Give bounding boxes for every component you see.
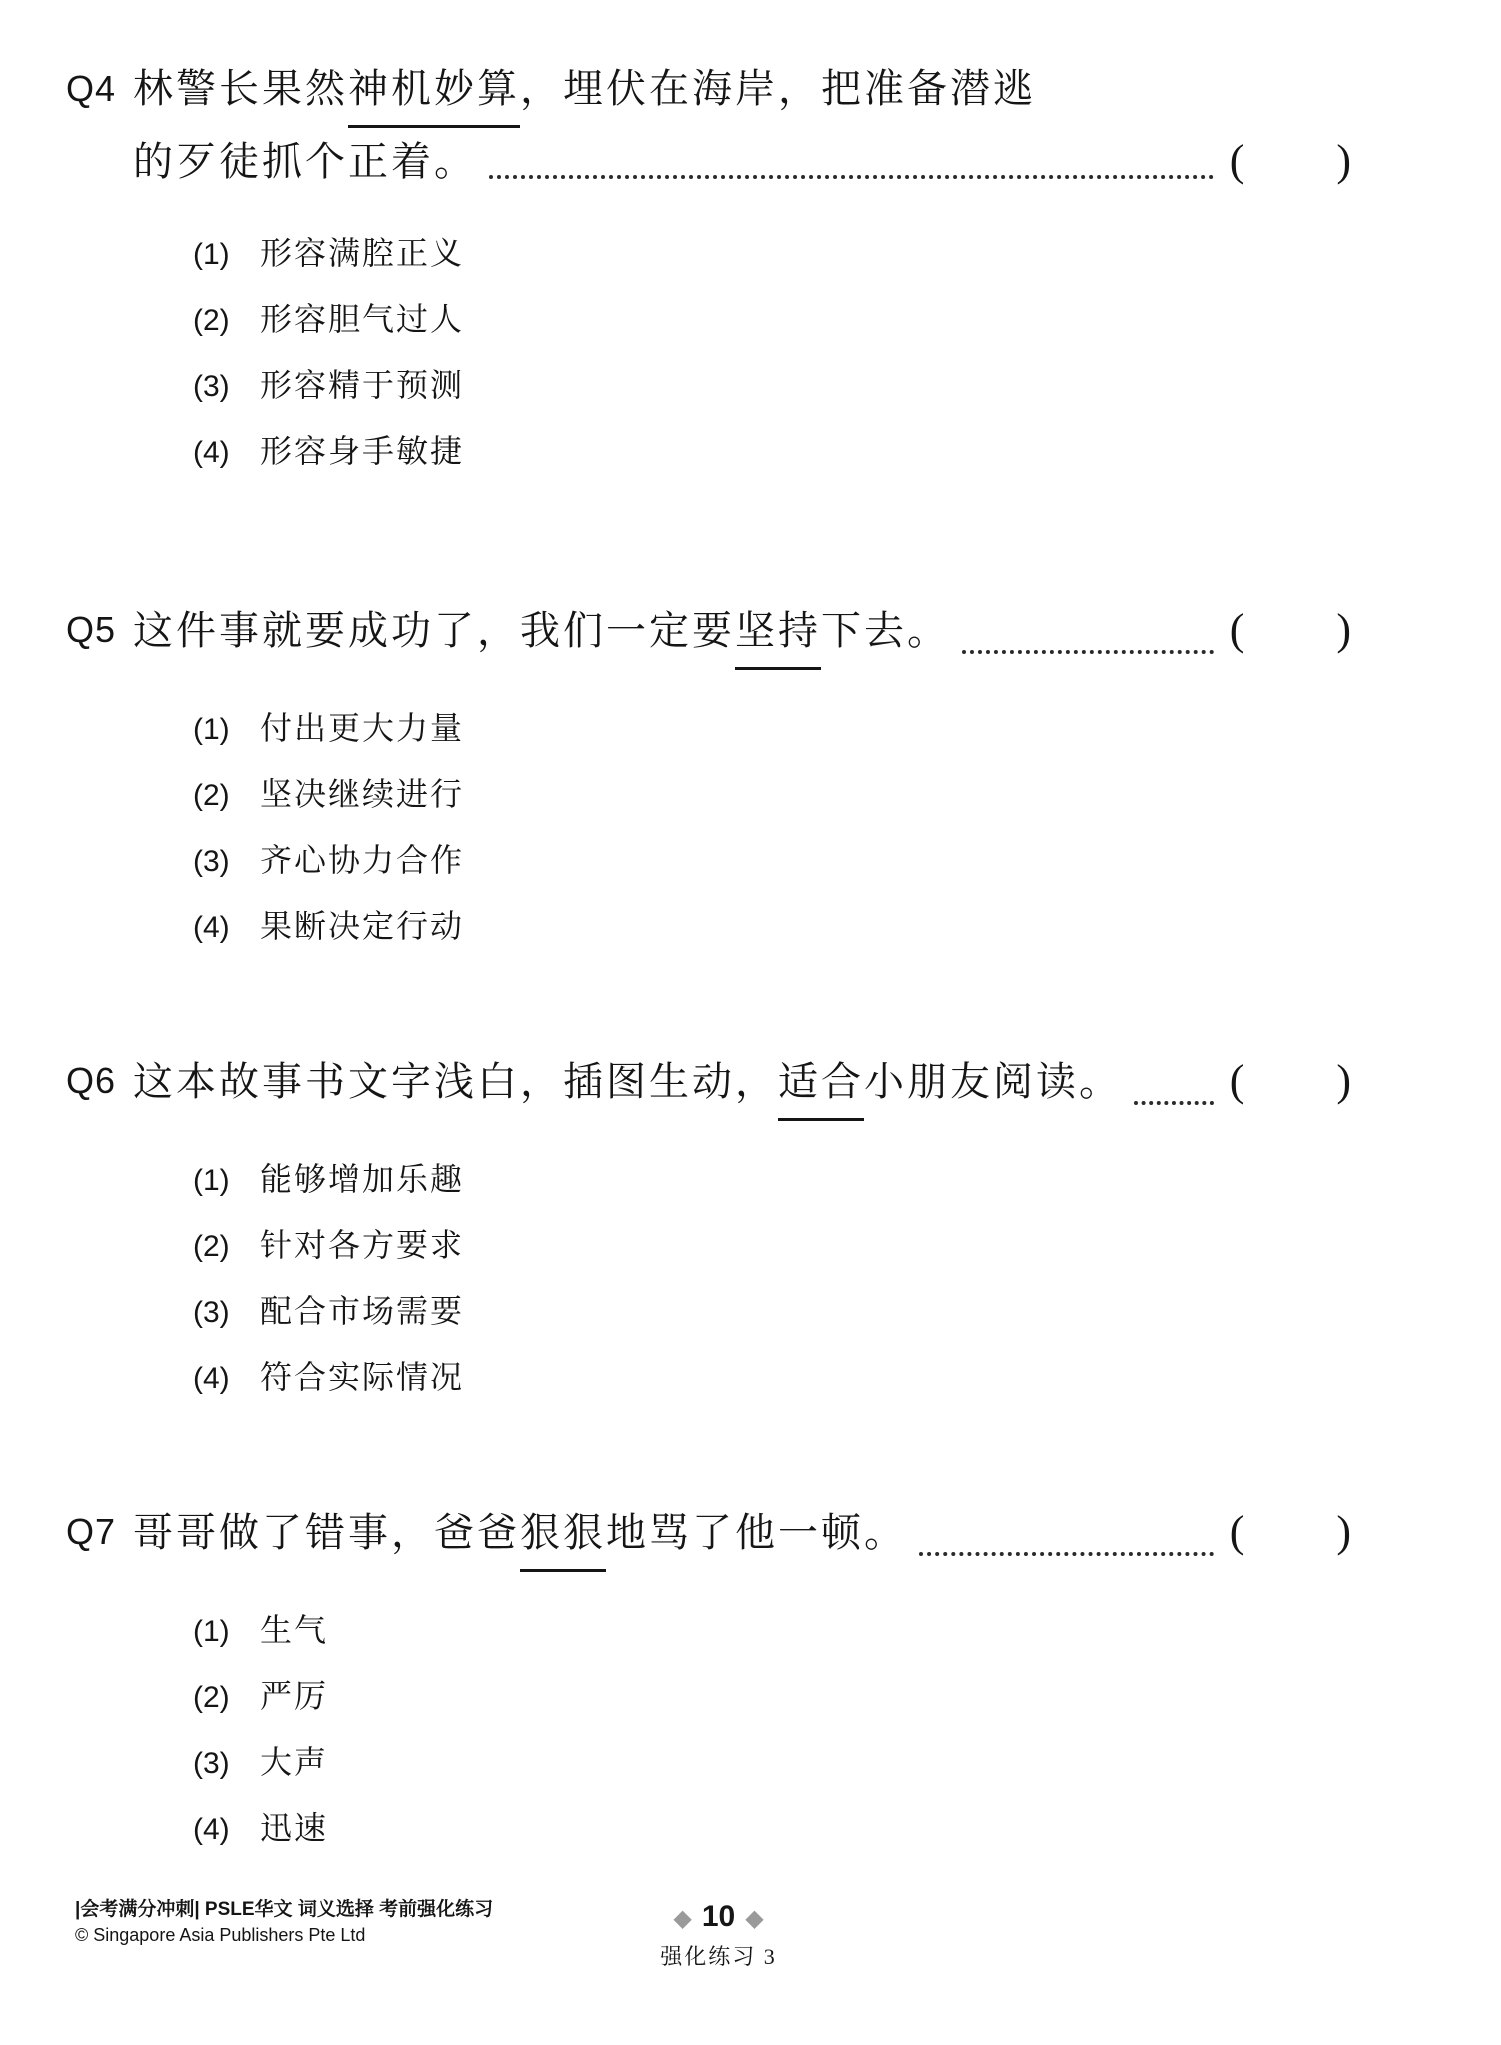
close-paren: ) xyxy=(1336,1048,1351,1114)
option-row: (4) 迅速 xyxy=(193,1796,1351,1862)
question-label: Q6 xyxy=(66,1048,133,1411)
sentence-text: 的歹徒抓个正着。 xyxy=(133,129,477,195)
option-number: (3) xyxy=(193,830,260,894)
option-row: (2) 形容胆气过人 xyxy=(193,287,1351,353)
option-text: 配合市场需要 xyxy=(260,1279,464,1343)
dot-leader xyxy=(962,650,1214,654)
diamond-icon: ◆ xyxy=(673,1905,691,1932)
option-number: (4) xyxy=(193,1798,260,1862)
close-paren: ) xyxy=(1336,597,1351,663)
dot-leader xyxy=(1134,1101,1214,1105)
underlined-term: 适合 xyxy=(778,1049,864,1121)
close-paren: ) xyxy=(1336,1499,1351,1565)
option-text: 生气 xyxy=(260,1598,328,1662)
question-sentence-line1: 林警长果然神机妙算，埋伏在海岸，把准备潜逃 xyxy=(133,56,1351,128)
sentence-text: ，埋伏在海岸，把准备潜逃 xyxy=(520,56,1036,122)
underlined-term: 神机妙算 xyxy=(348,56,520,128)
option-row: (1) 付出更大力量 xyxy=(193,696,1351,762)
open-paren: ( xyxy=(1230,1048,1245,1114)
option-text: 针对各方要求 xyxy=(260,1213,464,1277)
open-paren: ( xyxy=(1230,1499,1245,1565)
option-number: (1) xyxy=(193,1600,260,1664)
question-body: 这本故事书文字浅白，插图生动，适合小朋友阅读。 () (1) 能够增加乐趣 (2… xyxy=(133,1048,1351,1411)
question-label: Q5 xyxy=(66,597,133,960)
options-list: (1) 生气 (2) 严厉 (3) 大声 (4) 迅速 xyxy=(133,1598,1351,1862)
option-text: 形容满腔正义 xyxy=(260,221,464,285)
option-text: 形容精于预测 xyxy=(260,353,464,417)
option-number: (1) xyxy=(193,698,260,762)
option-number: (1) xyxy=(193,223,260,287)
options-list: (1) 能够增加乐趣 (2) 针对各方要求 (3) 配合市场需要 (4) 符合实… xyxy=(133,1147,1351,1411)
option-text: 能够增加乐趣 xyxy=(260,1147,464,1211)
question-q5: Q5 这件事就要成功了，我们一定要坚持下去。 () (1) 付出更大力量 (2)… xyxy=(66,597,1351,960)
option-row: (2) 针对各方要求 xyxy=(193,1213,1351,1279)
question-label: Q4 xyxy=(66,56,133,485)
option-number: (2) xyxy=(193,764,260,828)
option-number: (1) xyxy=(193,1149,260,1213)
answer-blank: () xyxy=(1230,1499,1351,1565)
option-number: (3) xyxy=(193,1281,260,1345)
option-row: (3) 配合市场需要 xyxy=(193,1279,1351,1345)
section-label: 强化练习 3 xyxy=(0,1940,1437,1971)
question-q6: Q6 这本故事书文字浅白，插图生动，适合小朋友阅读。 () (1) 能够增加乐趣… xyxy=(66,1048,1351,1411)
option-row: (4) 形容身手敏捷 xyxy=(193,419,1351,485)
answer-blank: () xyxy=(1230,128,1351,194)
diamond-icon: ◆ xyxy=(745,1905,763,1932)
option-row: (3) 形容精于预测 xyxy=(193,353,1351,419)
option-text: 果断决定行动 xyxy=(260,894,464,958)
option-row: (2) 坚决继续进行 xyxy=(193,762,1351,828)
open-paren: ( xyxy=(1230,597,1245,663)
question-sentence-line1: 这本故事书文字浅白，插图生动，适合小朋友阅读。 () xyxy=(133,1048,1351,1121)
option-row: (2) 严厉 xyxy=(193,1664,1351,1730)
option-number: (2) xyxy=(193,1215,260,1279)
options-list: (1) 形容满腔正义 (2) 形容胆气过人 (3) 形容精于预测 (4) 形容身… xyxy=(133,221,1351,485)
option-text: 付出更大力量 xyxy=(260,696,464,760)
close-paren: ) xyxy=(1336,128,1351,194)
sentence-text: 这本故事书文字浅白，插图生动， xyxy=(133,1049,778,1115)
option-row: (4) 果断决定行动 xyxy=(193,894,1351,960)
question-q7: Q7 哥哥做了错事，爸爸狠狠地骂了他一顿。 () (1) 生气 (2) 严厉 (… xyxy=(66,1499,1351,1862)
option-number: (3) xyxy=(193,355,260,419)
option-row: (1) 形容满腔正义 xyxy=(193,221,1351,287)
question-label: Q7 xyxy=(66,1499,133,1862)
answer-blank: () xyxy=(1230,597,1351,663)
option-number: (4) xyxy=(193,1347,260,1411)
open-paren: ( xyxy=(1230,128,1245,194)
sentence-text: 地骂了他一顿。 xyxy=(606,1500,907,1566)
option-number: (4) xyxy=(193,896,260,960)
options-list: (1) 付出更大力量 (2) 坚决继续进行 (3) 齐心协力合作 (4) 果断决… xyxy=(133,696,1351,960)
option-text: 形容身手敏捷 xyxy=(260,419,464,483)
option-number: (4) xyxy=(193,421,260,485)
option-row: (4) 符合实际情况 xyxy=(193,1345,1351,1411)
question-q4: Q4 林警长果然神机妙算，埋伏在海岸，把准备潜逃 的歹徒抓个正着。 () (1)… xyxy=(66,56,1351,485)
sentence-text: 林警长果然 xyxy=(133,56,348,122)
option-row: (1) 生气 xyxy=(193,1598,1351,1664)
worksheet-page: Q4 林警长果然神机妙算，埋伏在海岸，把准备潜逃 的歹徒抓个正着。 () (1)… xyxy=(0,0,1501,1862)
sentence-text: 这件事就要成功了，我们一定要 xyxy=(133,598,735,664)
option-row: (3) 大声 xyxy=(193,1730,1351,1796)
underlined-term: 狠狠 xyxy=(520,1500,606,1572)
option-number: (2) xyxy=(193,1666,260,1730)
sentence-text: 小朋友阅读。 xyxy=(864,1049,1122,1115)
page-number-row: ◆10◆ xyxy=(0,1902,1437,1934)
question-sentence-line1: 哥哥做了错事，爸爸狠狠地骂了他一顿。 () xyxy=(133,1499,1351,1572)
option-text: 大声 xyxy=(260,1730,328,1794)
option-text: 严厉 xyxy=(260,1664,328,1728)
underlined-term: 坚持 xyxy=(735,598,821,670)
question-body: 哥哥做了错事，爸爸狠狠地骂了他一顿。 () (1) 生气 (2) 严厉 (3) … xyxy=(133,1499,1351,1862)
option-text: 坚决继续进行 xyxy=(260,762,464,826)
question-sentence-line1: 这件事就要成功了，我们一定要坚持下去。 () xyxy=(133,597,1351,670)
option-row: (3) 齐心协力合作 xyxy=(193,828,1351,894)
question-body: 林警长果然神机妙算，埋伏在海岸，把准备潜逃 的歹徒抓个正着。 () (1) 形容… xyxy=(133,56,1351,485)
option-number: (3) xyxy=(193,1732,260,1796)
option-text: 符合实际情况 xyxy=(260,1345,464,1409)
footer-page-block: ◆10◆ 强化练习 3 xyxy=(0,1902,1437,1971)
option-number: (2) xyxy=(193,289,260,353)
sentence-text: 下去。 xyxy=(821,598,950,664)
dot-leader xyxy=(489,175,1214,179)
question-sentence-line2: 的歹徒抓个正着。 () xyxy=(133,128,1351,195)
question-body: 这件事就要成功了，我们一定要坚持下去。 () (1) 付出更大力量 (2) 坚决… xyxy=(133,597,1351,960)
option-text: 形容胆气过人 xyxy=(260,287,464,351)
option-text: 迅速 xyxy=(260,1796,328,1860)
answer-blank: () xyxy=(1230,1048,1351,1114)
sentence-text: 哥哥做了错事，爸爸 xyxy=(133,1500,520,1566)
option-row: (1) 能够增加乐趣 xyxy=(193,1147,1351,1213)
option-text: 齐心协力合作 xyxy=(260,828,464,892)
page-number: 10 xyxy=(702,1900,735,1933)
dot-leader xyxy=(919,1552,1214,1556)
